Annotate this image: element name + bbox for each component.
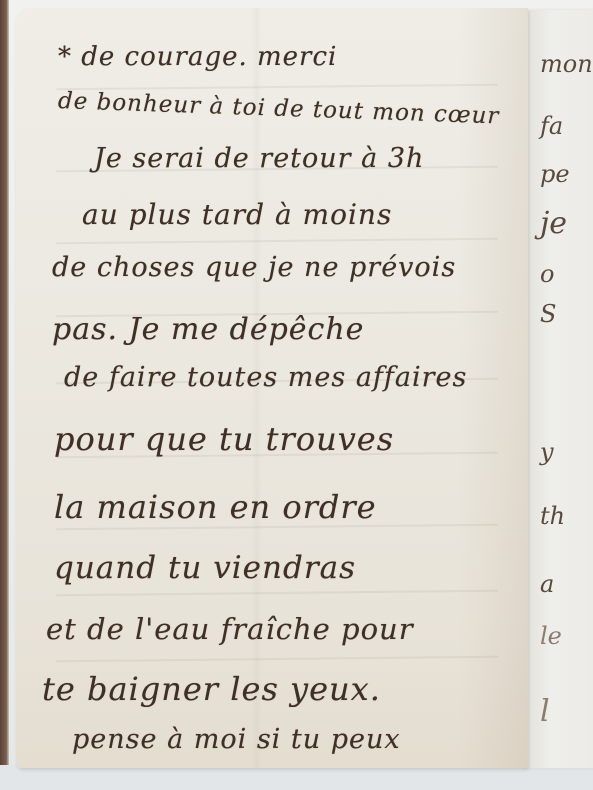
right-fragment: y — [540, 438, 554, 466]
right-fragment: a — [540, 570, 554, 598]
letter-line: la maison en ordre — [54, 488, 377, 526]
letter-text: * de courage. merci de bonheur à toi de … — [16, 8, 528, 768]
right-fragment: th — [540, 502, 565, 530]
letter-line: au plus tard à moins — [82, 198, 392, 231]
letter-line: quand tu viendras — [54, 550, 356, 586]
right-fragment: mon — [540, 50, 593, 78]
letter-line: pense à moi si tu peux — [72, 724, 401, 755]
right-fragment: pe — [540, 160, 570, 188]
table-edge — [0, 0, 9, 790]
mat-background — [0, 765, 593, 790]
letter-line: te baigner les yeux. — [42, 670, 381, 708]
right-fragment: je — [540, 206, 567, 241]
left-page: * de courage. merci de bonheur à toi de … — [16, 8, 528, 768]
letter-line: pour que tu trouves — [54, 420, 394, 458]
letter-line: de bonheur à toi de tout mon cœur — [58, 88, 500, 129]
letter-line: Je serai de retour à 3h — [94, 143, 424, 174]
right-fragment: le — [540, 622, 562, 650]
right-fragment: o — [540, 260, 554, 288]
letter-line: * de courage. merci — [58, 42, 337, 72]
letter-line: et de l'eau fraîche pour — [46, 612, 414, 646]
photo-scene: mon fa pe je o S y th a le l * de courag… — [0, 0, 593, 790]
letter-line: pas. Je me dépêche — [52, 312, 364, 347]
right-fragment: S — [540, 300, 556, 328]
right-fragment: l — [540, 694, 550, 729]
letter-line: de faire toutes mes affaires — [64, 362, 467, 393]
letter-line: de choses que je ne prévois — [52, 252, 456, 283]
right-fragment: fa — [540, 112, 563, 140]
right-page: mon fa pe je o S y th a le l — [526, 10, 593, 768]
